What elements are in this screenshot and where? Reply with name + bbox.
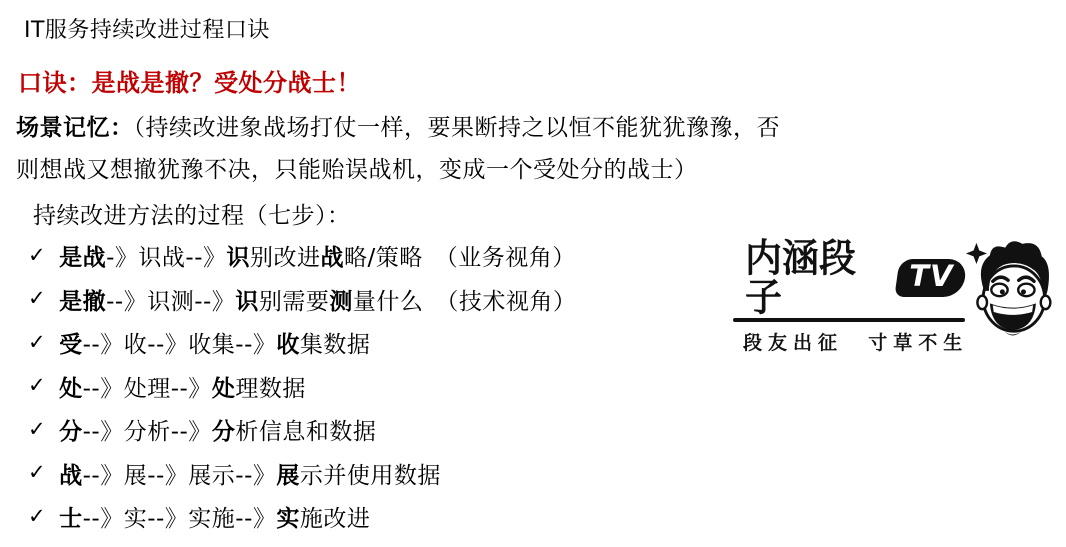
- scene-memory-label: 场景记忆：: [16, 115, 134, 141]
- step-row-7: ✓ 士--》实--》实施--》实施改进: [28, 495, 576, 539]
- logo-tagline: 段友出征 寸草不生: [733, 328, 965, 355]
- step-segment: 集数据: [300, 332, 371, 358]
- scene-memory-line2: 则想战又想撤犹豫不决，只能贻误战机，变成一个受处分的战士）: [16, 151, 698, 184]
- step-segment: 测: [329, 289, 353, 315]
- step-segment: 处: [59, 376, 83, 402]
- scene-memory-text1: （持续改进象战场打仗一样，要果断持之以恒不能犹犹豫豫，否: [134, 115, 781, 141]
- step-row-2: ✓ 是撤--》识测--》识别需要测量什么 （技术视角）: [28, 278, 576, 322]
- step-segment: --》处理--》: [83, 376, 212, 402]
- step-segment: 量什么 （技术视角）: [353, 289, 577, 315]
- document-page: { "colors": { "accent_red": "#c00000", "…: [0, 0, 1066, 547]
- step-text-2: 是撤--》识测--》识别需要测量什么 （技术视角）: [59, 283, 576, 316]
- step-segment: 处: [212, 376, 236, 402]
- checkmark-icon: ✓: [28, 243, 46, 267]
- step-segment: 施改进: [300, 506, 371, 532]
- step-text-3: 受--》收--》收集--》收集数据: [59, 326, 370, 359]
- step-segment: --》收--》收集--》: [83, 332, 277, 358]
- four-point-star-icon: [966, 243, 987, 264]
- step-row-1: ✓ 是战-》识战--》识别改进战略/策略 （业务视角）: [28, 234, 576, 278]
- step-segment: 别需要: [259, 289, 330, 315]
- checkmark-icon: ✓: [28, 286, 46, 310]
- step-segment: 别改进: [250, 245, 321, 271]
- step-segment: 实: [276, 506, 300, 532]
- step-segment: 受: [59, 332, 83, 358]
- step-text-1: 是战-》识战--》识别改进战略/策略 （业务视角）: [59, 239, 576, 272]
- neihan-duanzi-tv-logo: 内涵段子 TV 段友出征 寸草不生: [733, 241, 965, 355]
- laughing-man-face-icon: [963, 235, 1059, 345]
- step-segment: 理数据: [235, 376, 306, 402]
- step-row-3: ✓ 受--》收--》收集--》收集数据: [28, 321, 576, 365]
- step-segment: -》识战--》: [106, 245, 226, 271]
- tv-badge-label: TV: [909, 262, 953, 291]
- step-segment: 略/策略 （业务视角）: [344, 245, 576, 271]
- step-segment: --》展--》展示--》: [83, 463, 277, 489]
- checkmark-icon: ✓: [28, 330, 46, 354]
- step-segment: 收: [276, 332, 300, 358]
- step-segment: 识: [235, 289, 259, 315]
- logo-brand-row: 内涵段子 TV: [733, 241, 965, 315]
- step-segment: 展: [276, 463, 300, 489]
- step-segment: 是战: [59, 245, 106, 271]
- step-row-5: ✓ 分--》分析--》分析信息和数据: [28, 408, 576, 452]
- step-row-6: ✓ 战--》展--》展示--》展示并使用数据: [28, 452, 576, 496]
- checkmark-icon: ✓: [28, 504, 46, 528]
- step-segment: 分: [212, 419, 236, 445]
- step-text-5: 分--》分析--》分析信息和数据: [59, 413, 376, 446]
- step-row-4: ✓ 处--》处理--》处理数据: [28, 365, 576, 409]
- step-segment: --》识测--》: [106, 289, 235, 315]
- scene-memory-line1: 场景记忆：（持续改进象战场打仗一样，要果断持之以恒不能犹犹豫豫，否: [16, 109, 780, 142]
- step-segment: 战: [321, 245, 345, 271]
- step-text-6: 战--》展--》展示--》展示并使用数据: [59, 457, 441, 490]
- page-title: IT服务持续改进过程口诀: [24, 13, 270, 44]
- process-heading: 持续改进方法的过程（七步）：: [33, 197, 351, 230]
- step-segment: 是撤: [59, 289, 106, 315]
- checkmark-icon: ✓: [28, 417, 46, 441]
- step-segment: 战: [59, 463, 83, 489]
- step-segment: --》分析--》: [83, 419, 212, 445]
- step-segment: --》实--》实施--》: [83, 506, 277, 532]
- tv-badge: TV: [894, 259, 968, 297]
- checkmark-icon: ✓: [28, 460, 46, 484]
- step-segment: 分: [59, 419, 83, 445]
- step-text-7: 士--》实--》实施--》实施改进: [59, 500, 370, 533]
- checkmark-icon: ✓: [28, 373, 46, 397]
- step-text-4: 处--》处理--》处理数据: [59, 370, 306, 403]
- mnemonic-line: 口诀：是战是撤？受处分战士！: [18, 63, 361, 98]
- step-segment: 析信息和数据: [235, 419, 376, 445]
- step-segment: 士: [59, 506, 83, 532]
- step-segment: 识: [227, 245, 251, 271]
- steps-list: ✓ 是战-》识战--》识别改进战略/策略 （业务视角） ✓ 是撤--》识测--》…: [28, 234, 576, 539]
- logo-brand-text: 内涵段子: [745, 239, 893, 317]
- step-segment: 示并使用数据: [300, 463, 441, 489]
